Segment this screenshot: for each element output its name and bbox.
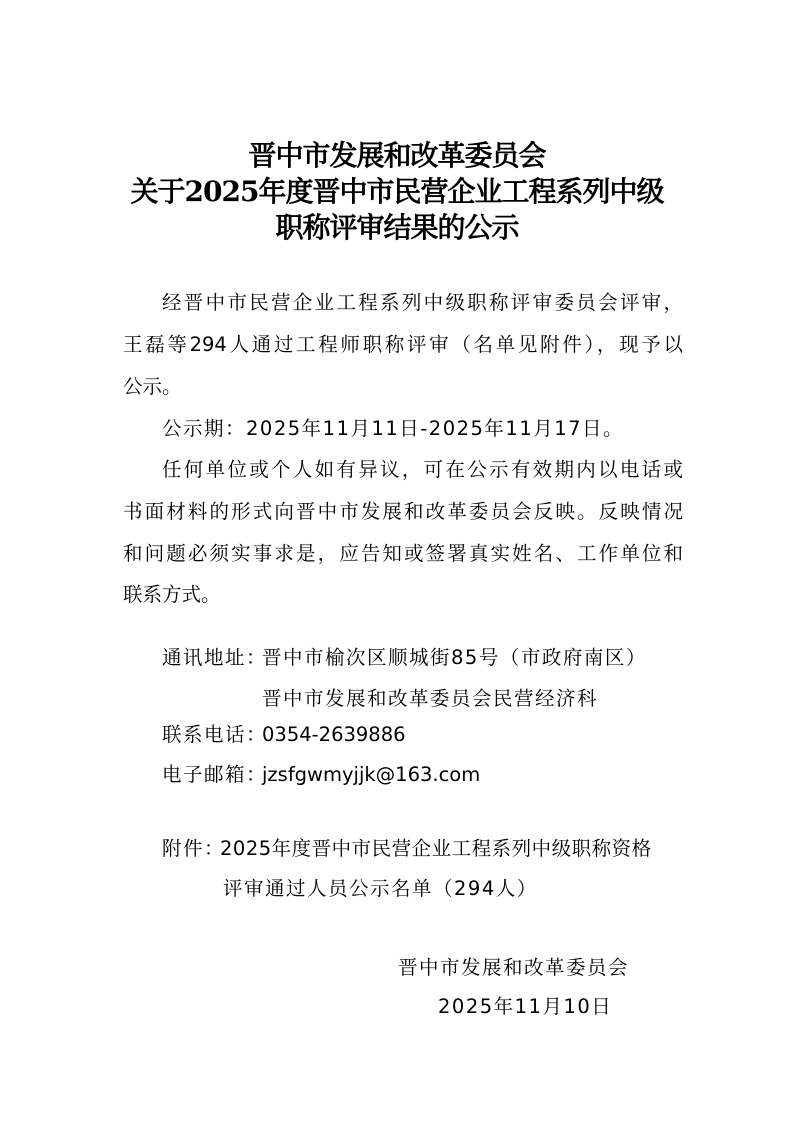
address-line-1: 晋中市榆次区顺城街85号（市政府南区） bbox=[262, 645, 647, 671]
paragraph2-line-3: 和问题必须实事求是，应告知或签署真实姓名、工作单位和 bbox=[123, 541, 683, 567]
title-line-3: 职称评审结果的公示 bbox=[0, 210, 794, 246]
signature-date: 2025年11月10日 bbox=[438, 994, 612, 1020]
email-address: jzsfgwmyjjk@163.com bbox=[262, 762, 480, 788]
paragraph1-line-1: 经晋中市民营企业工程系列中级职称评审委员会评审， bbox=[123, 290, 683, 316]
paragraph2-line-1: 任何单位或个人如有异议，可在公示有效期内以电话或 bbox=[123, 457, 683, 483]
phone-label: 联系电话： bbox=[162, 722, 267, 748]
paragraph1-line-2: 王磊等294人通过工程师职称评审（名单见附件），现予以 bbox=[123, 332, 683, 358]
address-line-2: 晋中市发展和改革委员会民营经济科 bbox=[262, 686, 598, 712]
paragraph2-line-2: 书面材料的形式向晋中市发展和改革委员会反映。反映情况 bbox=[123, 499, 683, 525]
attachment-label: 附件： bbox=[162, 836, 225, 862]
paragraph1-line-3: 公示。 bbox=[123, 374, 683, 400]
attachment-line-1: 2025年度晋中市民营企业工程系列中级职称资格 bbox=[220, 836, 652, 862]
title-line-2: 关于2025年度晋中市民营企业工程系列中级 bbox=[0, 174, 794, 210]
publicity-period: 公示期：2025年11月11日-2025年11月17日。 bbox=[162, 416, 624, 442]
paragraph2-line-4: 联系方式。 bbox=[123, 582, 683, 608]
signature-org: 晋中市发展和改革委员会 bbox=[398, 955, 629, 981]
document-page: 晋中市发展和改革委员会 关于2025年度晋中市民营企业工程系列中级 职称评审结果… bbox=[0, 0, 794, 1123]
title-line-1: 晋中市发展和改革委员会 bbox=[0, 138, 794, 174]
email-label: 电子邮箱： bbox=[162, 762, 267, 788]
phone-number: 0354-2639886 bbox=[262, 722, 406, 748]
address-label: 通讯地址： bbox=[162, 645, 267, 671]
attachment-line-2: 评审通过人员公示名单（294人） bbox=[223, 876, 538, 902]
